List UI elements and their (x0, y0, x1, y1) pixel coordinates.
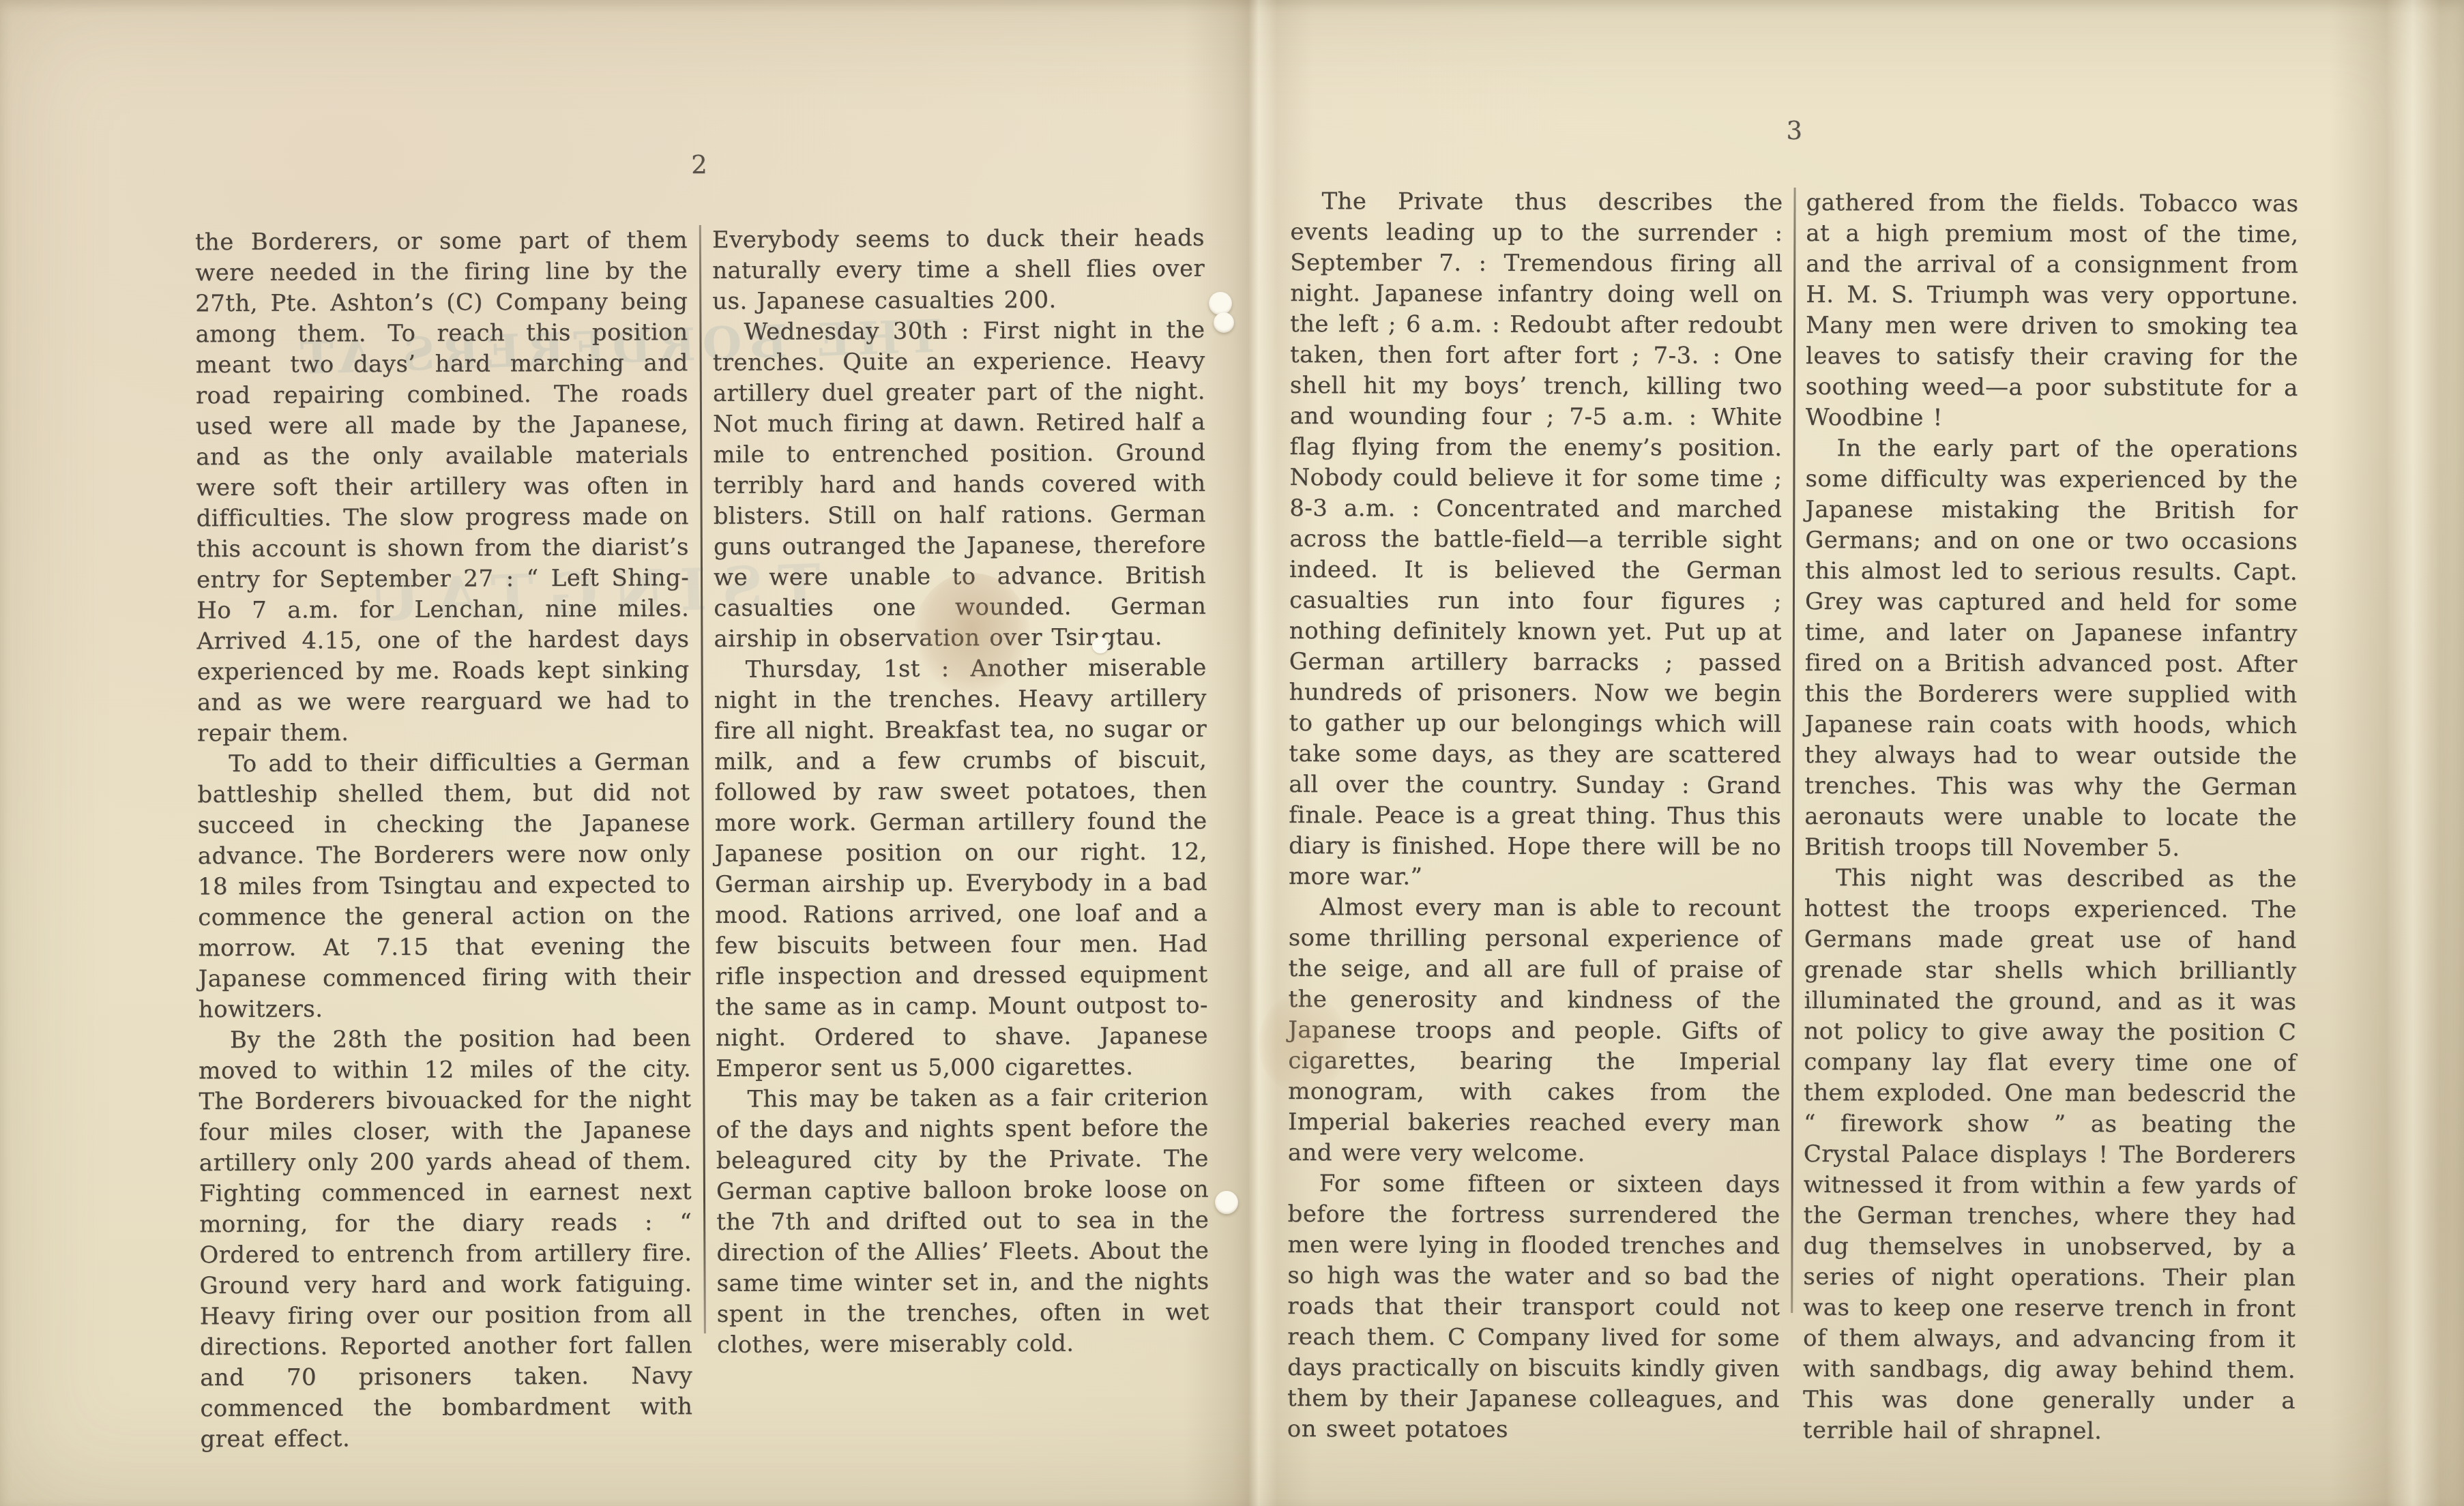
column-rule (699, 225, 705, 1333)
paragraph: This may be taken as a fair criterion of… (716, 1082, 1209, 1361)
page-number: 3 (1291, 115, 2299, 147)
paragraph: the Borderers, or some part of them were… (195, 225, 690, 749)
column: the Borderers, or some part of them were… (195, 225, 692, 1335)
punch-hole (1215, 1191, 1238, 1214)
punch-hole (1214, 312, 1234, 333)
paragraph: gathered from the fields. Tobacco was at… (1806, 188, 2299, 434)
page-3: 3 The Private thus describes the events … (1291, 74, 2299, 76)
column: The Private thus describes the events le… (1287, 186, 1783, 1313)
center-fold-shadow (1184, 0, 1313, 1506)
page-edge-crease (2330, 0, 2464, 1506)
paragraph: Wednesday 30th : First night in the tren… (712, 315, 1206, 655)
column: Everybody seems to duck their heads natu… (712, 223, 1209, 1333)
paragraph: Thursday, 1st : Another miserable night … (714, 653, 1209, 1084)
column-rule (1791, 188, 1795, 1313)
paragraph: To add to their difficulties a German ba… (197, 747, 691, 1025)
paragraph: Everybody seems to duck their heads natu… (712, 223, 1205, 317)
page-number: 2 (194, 148, 1204, 181)
column: gathered from the fields. Tobacco was at… (1803, 188, 2298, 1314)
page-columns: The Private thus describes the events le… (1287, 186, 2298, 1314)
punch-hole (1092, 637, 1109, 653)
page-columns: the Borderers, or some part of them were… (195, 223, 1209, 1335)
paragraph: For some fifteen or sixteen days before … (1287, 1168, 1780, 1446)
paragraph: The Private thus describes the events le… (1289, 186, 1783, 894)
paragraph: Almost every man is able to recount some… (1288, 892, 1781, 1170)
page-2: 2 the Borderers, or some part of them we… (194, 100, 1204, 104)
paragraph: This night was described as the hottest … (1803, 863, 2297, 1447)
punch-hole (1209, 292, 1232, 315)
scanned-document: THE BORDERERS AT TSINGTAU 2 the Borderer… (0, 0, 2464, 1506)
paragraph: In the early part of the operations some… (1804, 433, 2298, 864)
paragraph: By the 28th the position had been moved … (199, 1023, 693, 1455)
